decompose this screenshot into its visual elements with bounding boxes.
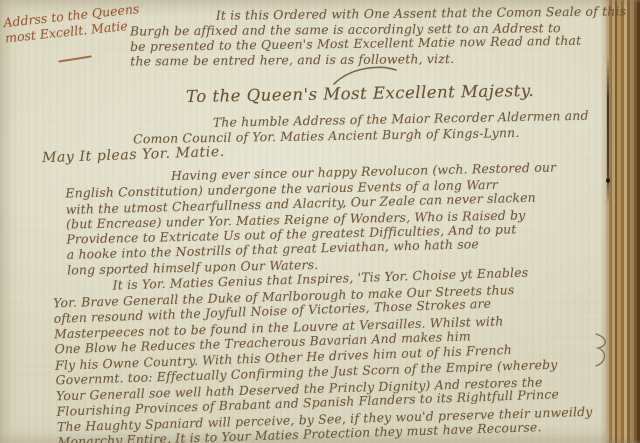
- ink-speck: [606, 178, 610, 183]
- body-paragraph-1: Having ever since our happy Revolucon (w…: [65, 159, 559, 277]
- book-binding-edge: [606, 0, 640, 443]
- order-clause-paragraph: It is this Ordered with One Assent that …: [130, 3, 627, 69]
- body-paragraph-2: It is Yor. Maties Genius that Inspires, …: [52, 263, 593, 443]
- manuscript-scan: { "page": { "paper_color": "#dcd8c2", "i…: [0, 0, 640, 443]
